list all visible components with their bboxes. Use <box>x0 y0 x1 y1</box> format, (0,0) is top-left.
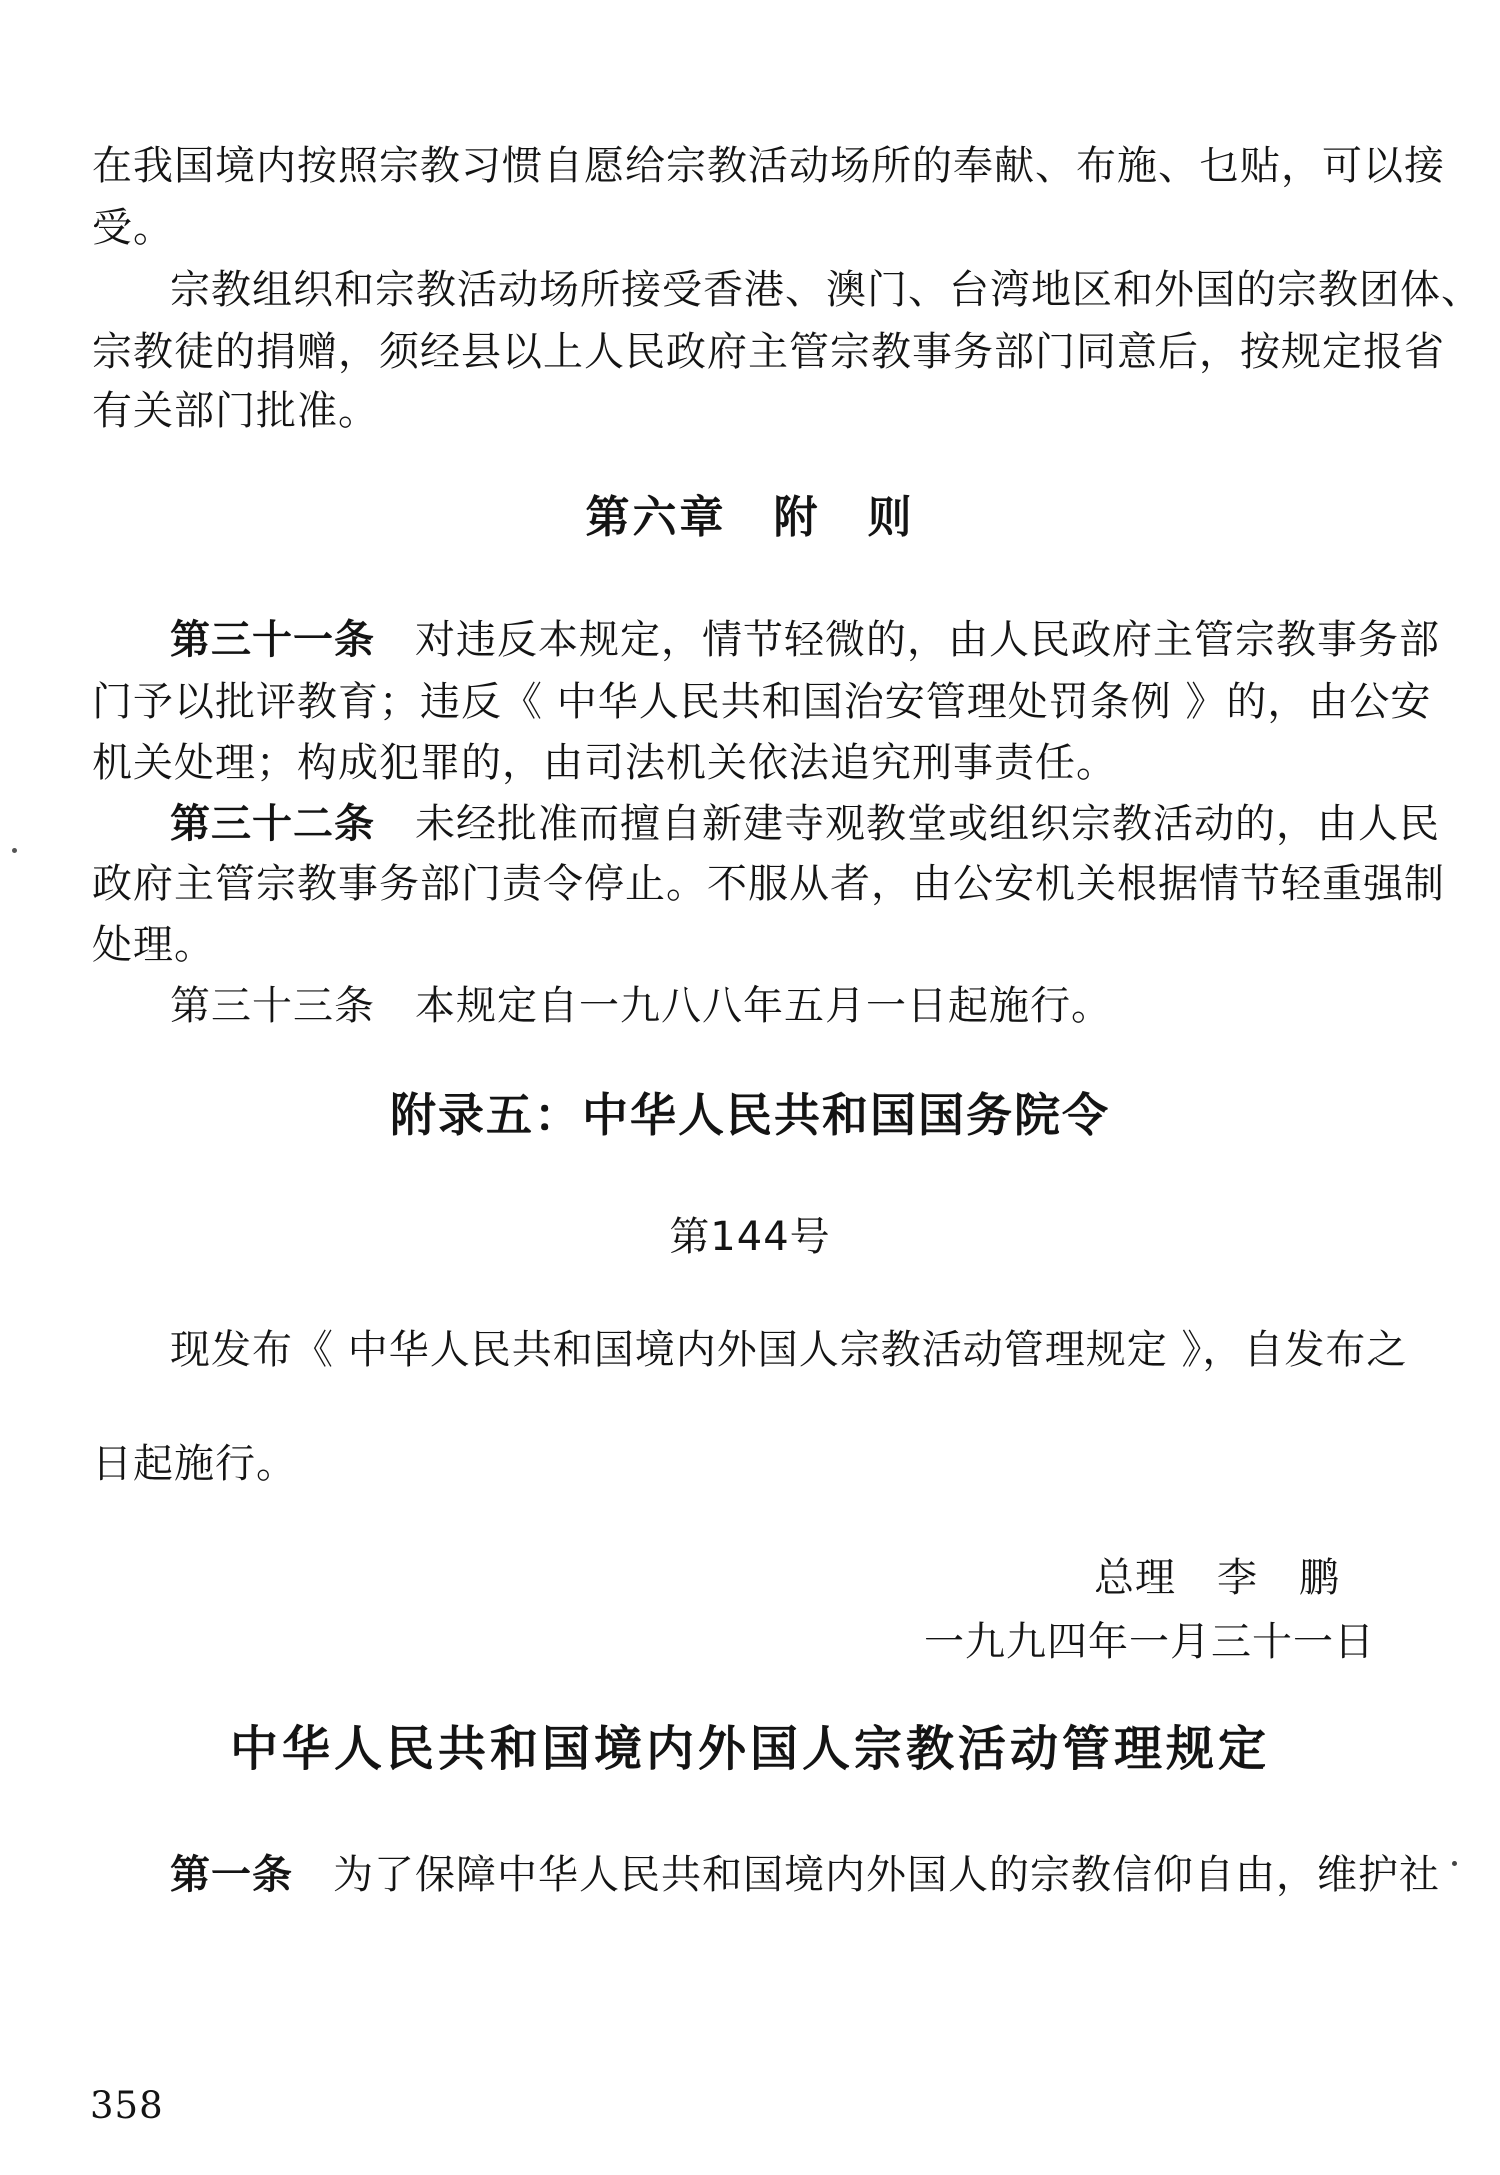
article33-term: 第三十三条 <box>170 983 375 1029</box>
page-number: 358 <box>90 2084 164 2127</box>
article31-line-3: 机关处理；构成犯罪的，由司法机关依法追究刑事责任。 <box>92 740 1117 786</box>
para-overseas-line-2: 宗教徒的捐赠，须经县以上人民政府主管宗教事务部门同意后，按规定报省 <box>92 329 1445 375</box>
decree-number: 第144号 <box>0 1215 1500 1259</box>
decree-text-line-1: 现发布《 中华人民共和国境内外国人宗教活动管理规定 》，自发布之 <box>170 1327 1407 1373</box>
article1-term: 第一条 <box>170 1852 293 1898</box>
decree-text-line-2: 日起施行。 <box>92 1441 297 1487</box>
scan-artifact-dot <box>12 848 17 853</box>
regulation-title: 中华人民共和国境内外国人宗教活动管理规定 <box>0 1723 1500 1776</box>
article32-line-3: 处理。 <box>92 922 215 968</box>
article31-term: 第三十一条 <box>170 617 375 663</box>
article31-line-2: 门予以批评教育；违反《 中华人民共和国治安管理处罚条例 》的，由公安 <box>92 679 1431 725</box>
signature-name: 总理 李 鹏 <box>1094 1555 1340 1601</box>
article31-line-1-text: 对违反本规定，情节轻微的，由人民政府主管宗教事务部 <box>415 617 1440 663</box>
para-acceptance-line-2: 受。 <box>92 205 174 251</box>
article32-line-1: 第三十二条未经批准而擅自新建寺观教堂或组织宗教活动的，由人民 <box>170 801 1440 847</box>
article33-line-1: 第三十三条本规定自一九八八年五月一日起施行。 <box>170 983 1112 1029</box>
article32-line-1-text: 未经批准而擅自新建寺观教堂或组织宗教活动的，由人民 <box>415 801 1440 847</box>
article32-line-2: 政府主管宗教事务部门责令停止。不服从者，由公安机关根据情节轻重强制 <box>92 861 1445 907</box>
scan-artifact-mark <box>1452 1861 1457 1866</box>
article31-line-1: 第三十一条对违反本规定，情节轻微的，由人民政府主管宗教事务部 <box>170 617 1440 663</box>
para-overseas-line-1: 宗教组织和宗教活动场所接受香港、澳门、台湾地区和外国的宗教团体、 <box>170 267 1482 313</box>
scanned-document-page: 在我国境内按照宗教习惯自愿给宗教活动场所的奉献、布施、乜贴，可以接 受。 宗教组… <box>0 0 1500 2175</box>
appendix5-heading: 附录五：中华人民共和国国务院令 <box>0 1090 1500 1141</box>
article32-term: 第三十二条 <box>170 801 375 847</box>
article1-line-1: 第一条为了保障中华人民共和国境内外国人的宗教信仰自由，维护社 <box>170 1852 1457 1898</box>
chapter6-heading: 第六章 附 则 <box>0 494 1500 542</box>
para-acceptance-line-1: 在我国境内按照宗教习惯自愿给宗教活动场所的奉献、布施、乜贴，可以接 <box>92 143 1445 189</box>
article1-line-1-text: 为了保障中华人民共和国境内外国人的宗教信仰自由，维护社 <box>333 1852 1440 1898</box>
signature-date: 一九九四年一月三十一日 <box>924 1619 1375 1665</box>
article33-line-1-text: 本规定自一九八八年五月一日起施行。 <box>415 983 1112 1029</box>
para-overseas-line-3: 有关部门批准。 <box>92 388 379 434</box>
